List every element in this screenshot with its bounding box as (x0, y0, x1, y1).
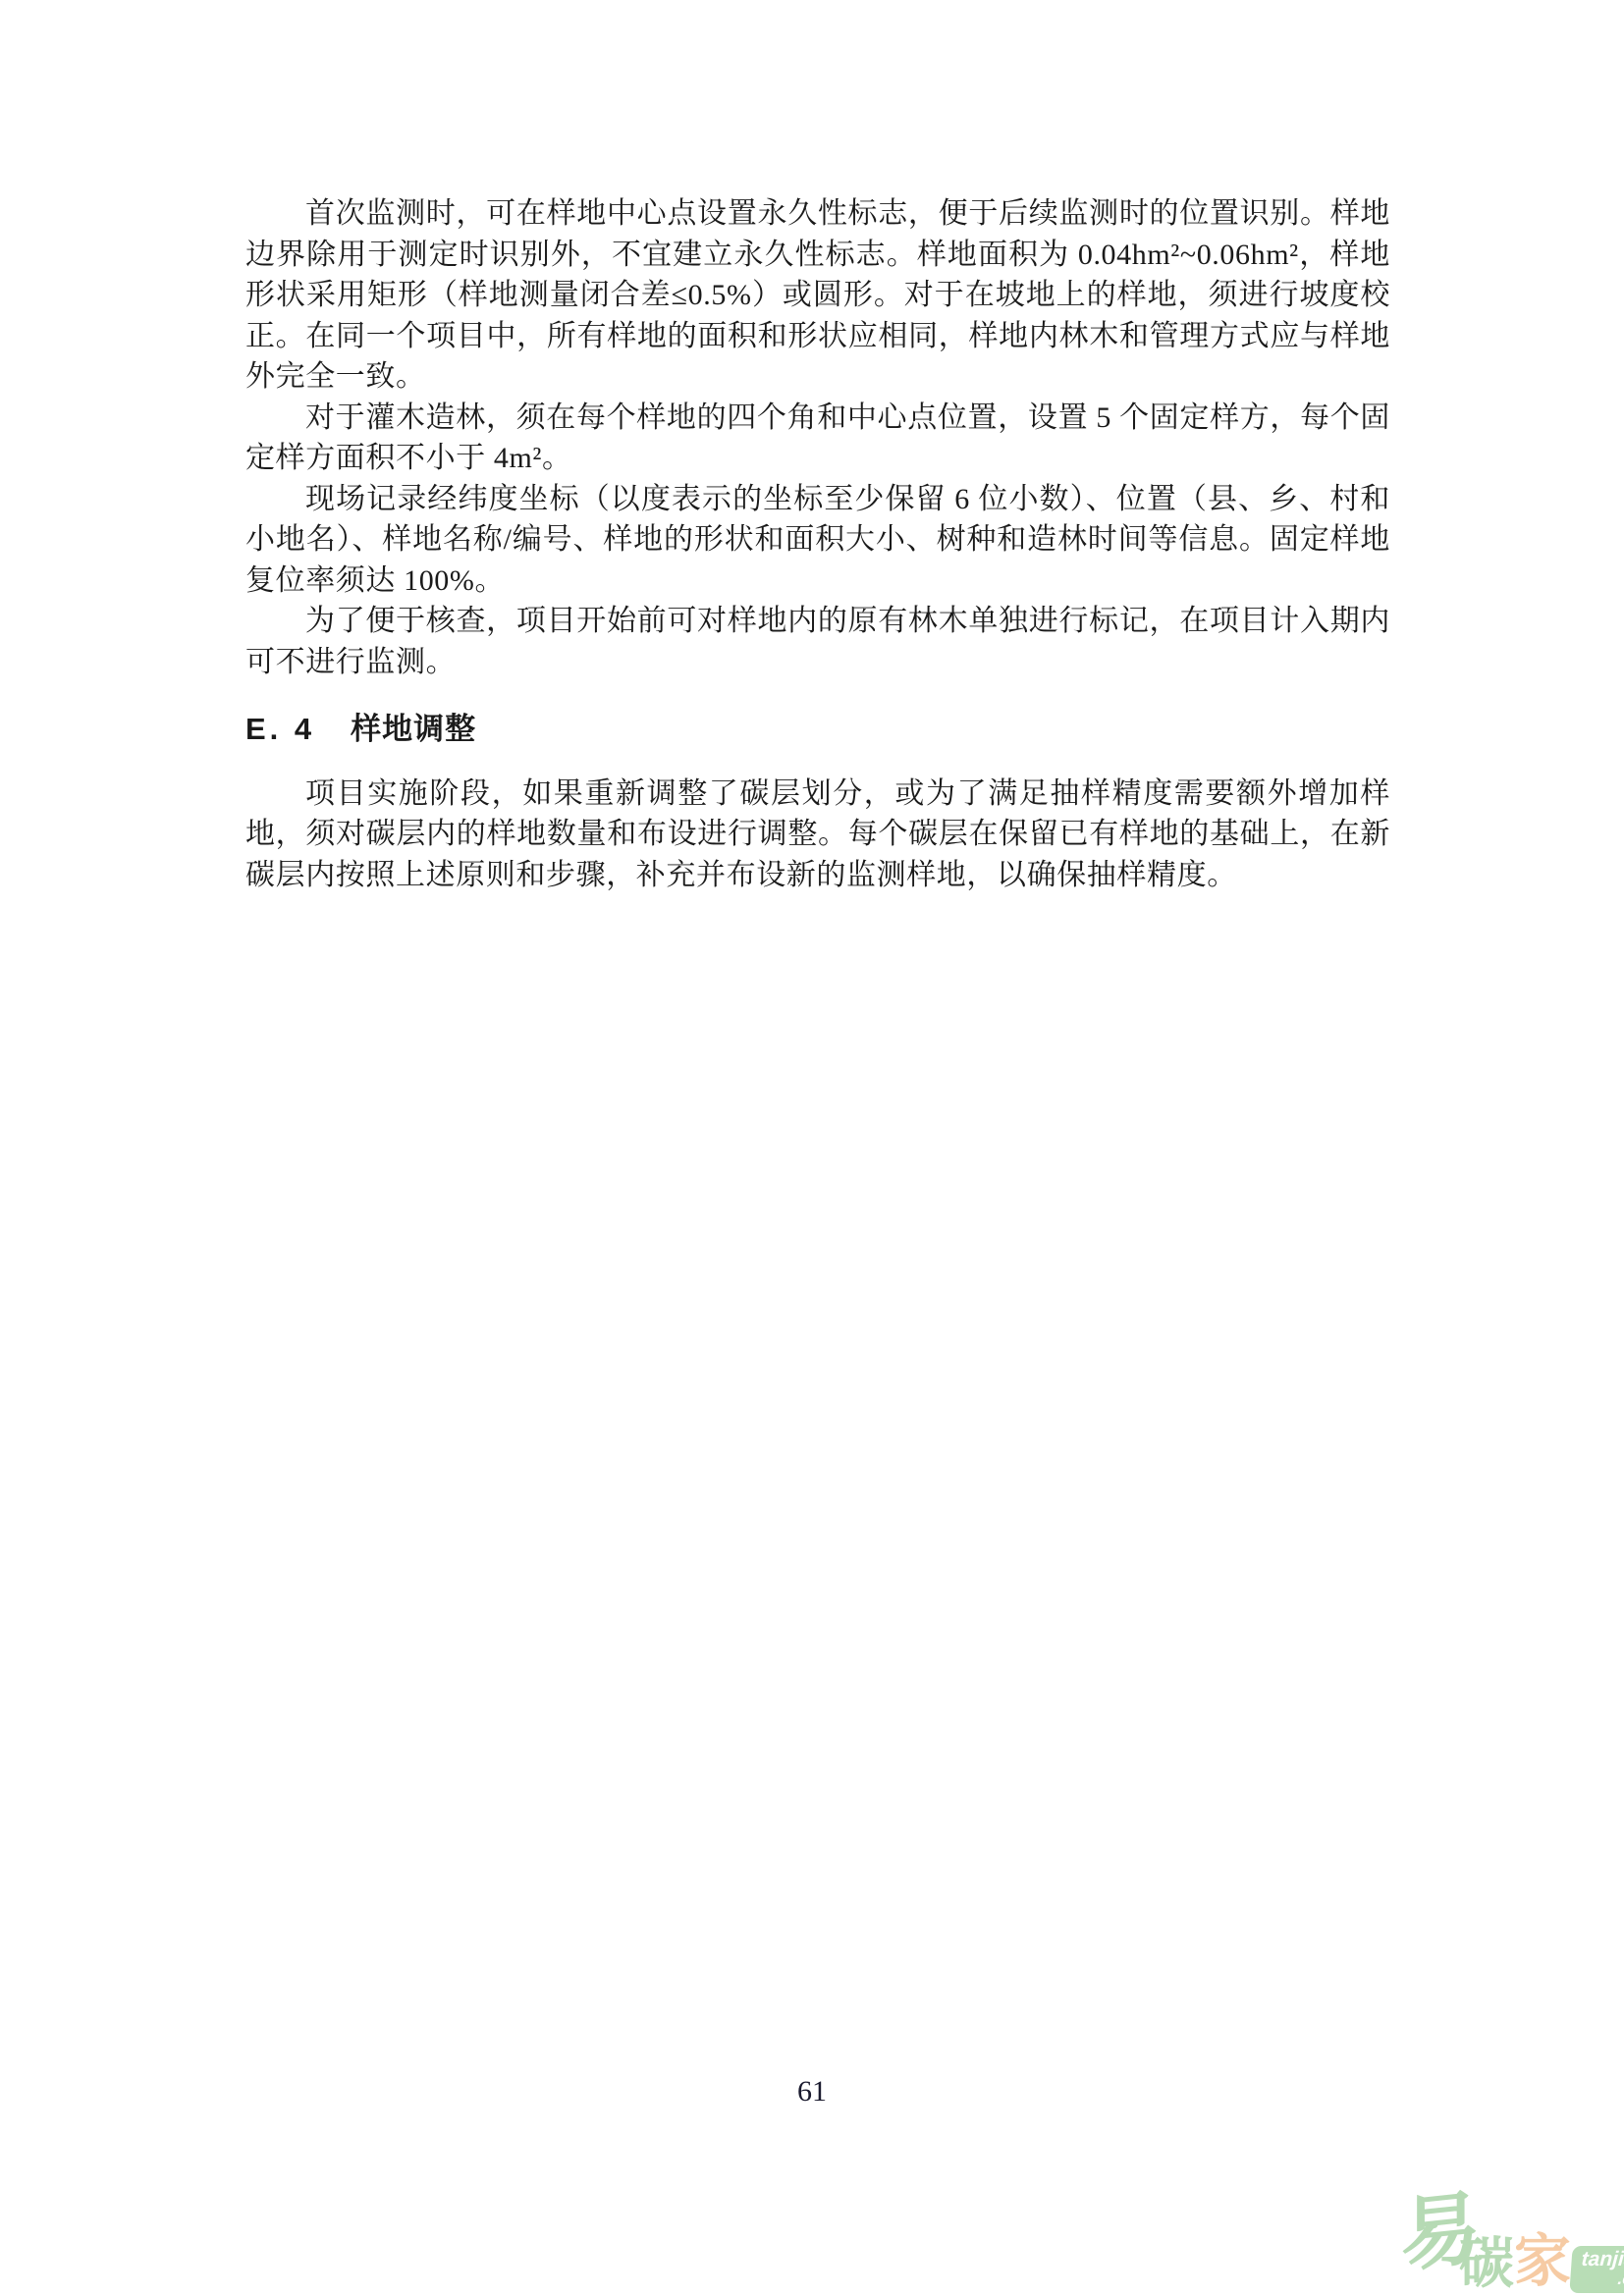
section-title: 样地调整 (351, 712, 476, 746)
watermark-logo: 易 碳 家 tanjiaoyi .com (1398, 2197, 1624, 2296)
watermark-char-yi: 易 (1400, 2188, 1481, 2277)
paragraph-field-records: 现场记录经纬度坐标（以度表示的坐标至少保留 6 位小数）、位置（县、乡、村和小地… (245, 479, 1390, 602)
page-number: 61 (0, 2075, 1624, 2109)
document-page: 首次监测时，可在样地中心点设置永久性标志，便于后续监测时的位置识别。样地边界除用… (0, 0, 1624, 2296)
text-block: 首次监测时，可在样地中心点设置永久性标志，便于后续监测时的位置识别。样地边界除用… (245, 193, 1390, 895)
watermark-char-tan: 碳 (1459, 2236, 1514, 2291)
watermark-char-jia: 家 (1514, 2233, 1571, 2290)
paragraph-plot-adjustment: 项目实施阶段，如果重新调整了碳层划分，或为了满足抽样精度需要额外增加样地，须对碳… (245, 774, 1390, 896)
section-number: E. 4 (245, 709, 315, 750)
watermark-badge: tanjiaoyi .com (1569, 2246, 1624, 2293)
paragraph-verification-marking: 为了便于核查，项目开始前可对样地内的原有林木单独进行标记，在项目计入期内可不进行… (245, 601, 1390, 682)
paragraph-plot-marking: 首次监测时，可在样地中心点设置永久性标志，便于后续监测时的位置识别。样地边界除用… (245, 193, 1390, 398)
watermark-badge-domain: tanjiaoyi (1581, 2249, 1624, 2270)
watermark-badge-tld: .com (1580, 2270, 1624, 2288)
section-heading: E. 4样地调整 (245, 709, 1390, 750)
paragraph-shrub-afforestation: 对于灌木造林，须在每个样地的四个角和中心点位置，设置 5 个固定样方，每个固定样… (245, 398, 1390, 479)
